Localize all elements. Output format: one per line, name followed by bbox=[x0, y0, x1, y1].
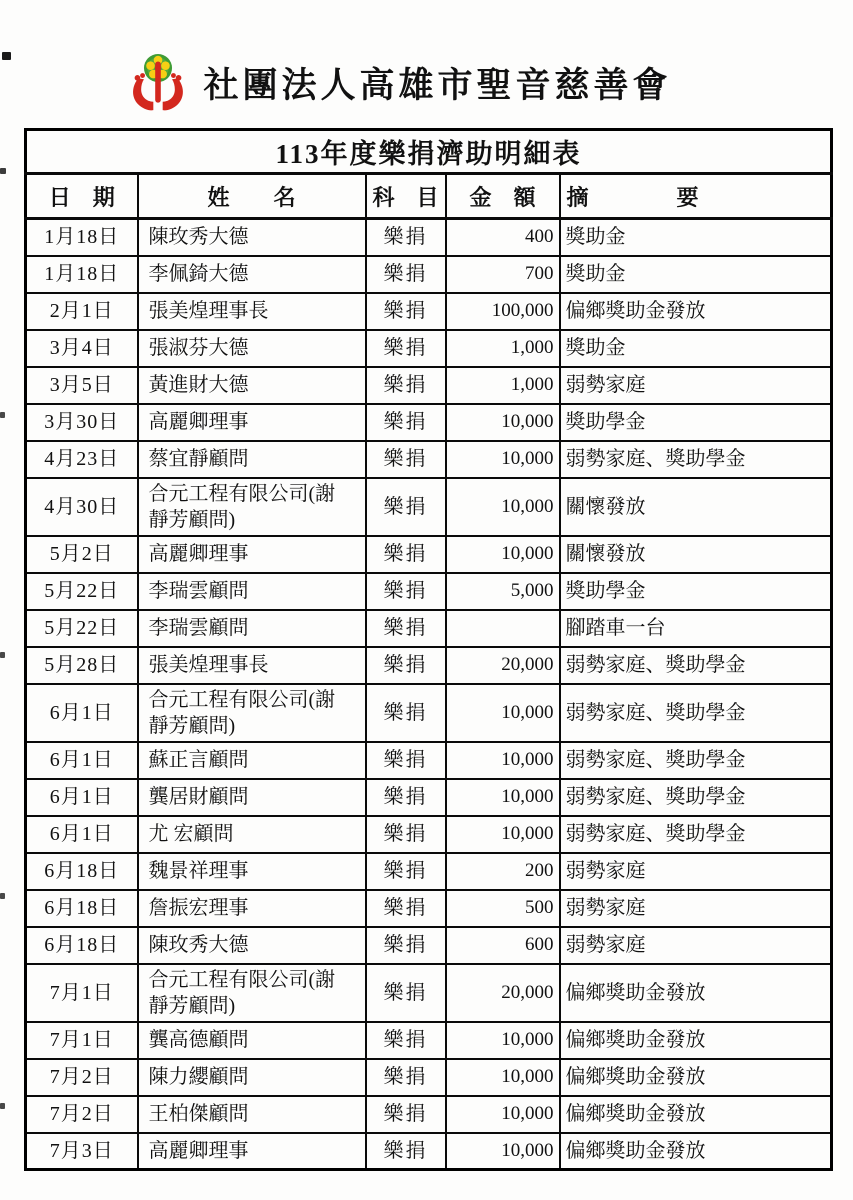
cell-date: 6月1日 bbox=[26, 684, 138, 742]
cell-date: 6月18日 bbox=[26, 853, 138, 890]
cell-name: 合元工程有限公司(謝靜芳顧問) bbox=[138, 684, 366, 742]
cell-subject: 樂捐 bbox=[366, 742, 446, 779]
cell-name: 陳力纓顧問 bbox=[138, 1059, 366, 1096]
cell-name: 龔居財顧問 bbox=[138, 779, 366, 816]
cell-amount: 10,000 bbox=[446, 779, 560, 816]
cell-amount: 10,000 bbox=[446, 684, 560, 742]
table-row: 5月28日張美煌理事長樂捐20,000弱勢家庭、獎助學金 bbox=[26, 647, 832, 684]
table-row: 3月30日高麗卿理事樂捐10,000獎助學金 bbox=[26, 404, 832, 441]
table-row: 1月18日陳玫秀大德樂捐400獎助金 bbox=[26, 219, 832, 256]
cell-amount: 400 bbox=[446, 219, 560, 256]
cell-summary: 弱勢家庭、獎助學金 bbox=[560, 779, 832, 816]
cell-date: 7月3日 bbox=[26, 1133, 138, 1170]
cell-amount: 10,000 bbox=[446, 478, 560, 536]
scan-artifact bbox=[2, 52, 11, 60]
table-row: 4月23日蔡宜靜顧問樂捐10,000弱勢家庭、獎助學金 bbox=[26, 441, 832, 478]
cell-amount: 10,000 bbox=[446, 441, 560, 478]
cell-summary: 弱勢家庭、獎助學金 bbox=[560, 647, 832, 684]
cell-amount: 500 bbox=[446, 890, 560, 927]
cell-summary: 弱勢家庭、獎助學金 bbox=[560, 441, 832, 478]
cell-date: 7月1日 bbox=[26, 1022, 138, 1059]
scan-artifact bbox=[0, 412, 5, 418]
cell-date: 3月30日 bbox=[26, 404, 138, 441]
cell-date: 7月1日 bbox=[26, 964, 138, 1022]
charity-hands-flower-logo-icon bbox=[129, 50, 187, 116]
cell-summary: 弱勢家庭 bbox=[560, 927, 832, 964]
cell-date: 6月1日 bbox=[26, 742, 138, 779]
cell-date: 4月23日 bbox=[26, 441, 138, 478]
cell-name: 李瑞雲顧問 bbox=[138, 573, 366, 610]
organization-name: 社團法人高雄市聖音慈善會 bbox=[203, 58, 671, 108]
cell-amount: 10,000 bbox=[446, 816, 560, 853]
cell-subject: 樂捐 bbox=[366, 779, 446, 816]
cell-subject: 樂捐 bbox=[366, 816, 446, 853]
table-row: 7月2日王柏傑顧問樂捐10,000偏鄉獎助金發放 bbox=[26, 1096, 832, 1133]
table-row: 6月18日詹振宏理事樂捐500弱勢家庭 bbox=[26, 890, 832, 927]
cell-date: 1月18日 bbox=[26, 256, 138, 293]
cell-subject: 樂捐 bbox=[366, 293, 446, 330]
cell-subject: 樂捐 bbox=[366, 890, 446, 927]
cell-name: 張淑芬大德 bbox=[138, 330, 366, 367]
cell-name: 張美煌理事長 bbox=[138, 647, 366, 684]
cell-amount: 10,000 bbox=[446, 742, 560, 779]
cell-subject: 樂捐 bbox=[366, 219, 446, 256]
cell-summary: 弱勢家庭 bbox=[560, 890, 832, 927]
cell-date: 6月1日 bbox=[26, 816, 138, 853]
cell-summary: 偏鄉獎助金發放 bbox=[560, 964, 832, 1022]
table-row: 6月1日合元工程有限公司(謝靜芳顧問)樂捐10,000弱勢家庭、獎助學金 bbox=[26, 684, 832, 742]
table-title-row: 113年度樂捐濟助明細表 bbox=[26, 130, 832, 174]
cell-subject: 樂捐 bbox=[366, 647, 446, 684]
cell-summary: 獎助金 bbox=[560, 256, 832, 293]
table-row: 7月1日合元工程有限公司(謝靜芳顧問)樂捐20,000偏鄉獎助金發放 bbox=[26, 964, 832, 1022]
table-row: 7月3日高麗卿理事樂捐10,000偏鄉獎助金發放 bbox=[26, 1133, 832, 1170]
table-title: 113年度樂捐濟助明細表 bbox=[26, 130, 832, 174]
cell-name: 詹振宏理事 bbox=[138, 890, 366, 927]
cell-summary: 弱勢家庭、獎助學金 bbox=[560, 816, 832, 853]
cell-subject: 樂捐 bbox=[366, 684, 446, 742]
table-row: 1月18日李佩錡大德樂捐700獎助金 bbox=[26, 256, 832, 293]
cell-summary: 關懷發放 bbox=[560, 478, 832, 536]
cell-date: 6月18日 bbox=[26, 890, 138, 927]
cell-date: 1月18日 bbox=[26, 219, 138, 256]
cell-name: 蘇正言顧問 bbox=[138, 742, 366, 779]
cell-summary: 獎助金 bbox=[560, 219, 832, 256]
table-row: 7月2日陳力纓顧問樂捐10,000偏鄉獎助金發放 bbox=[26, 1059, 832, 1096]
cell-amount: 700 bbox=[446, 256, 560, 293]
cell-subject: 樂捐 bbox=[366, 330, 446, 367]
cell-amount: 10,000 bbox=[446, 1022, 560, 1059]
cell-date: 3月4日 bbox=[26, 330, 138, 367]
cell-amount: 1,000 bbox=[446, 367, 560, 404]
cell-amount: 200 bbox=[446, 853, 560, 890]
table-row: 6月1日尤 宏顧問樂捐10,000弱勢家庭、獎助學金 bbox=[26, 816, 832, 853]
cell-name: 高麗卿理事 bbox=[138, 1133, 366, 1170]
cell-subject: 樂捐 bbox=[366, 478, 446, 536]
header-summary: 摘 要 bbox=[560, 174, 832, 219]
table-row: 5月2日高麗卿理事樂捐10,000關懷發放 bbox=[26, 536, 832, 573]
scan-artifact bbox=[0, 893, 5, 899]
cell-summary: 偏鄉獎助金發放 bbox=[560, 1096, 832, 1133]
cell-summary: 獎助學金 bbox=[560, 404, 832, 441]
cell-name: 李佩錡大德 bbox=[138, 256, 366, 293]
cell-summary: 弱勢家庭、獎助學金 bbox=[560, 684, 832, 742]
cell-amount bbox=[446, 610, 560, 647]
cell-name: 合元工程有限公司(謝靜芳顧問) bbox=[138, 964, 366, 1022]
cell-amount: 10,000 bbox=[446, 1096, 560, 1133]
cell-subject: 樂捐 bbox=[366, 1133, 446, 1170]
cell-subject: 樂捐 bbox=[366, 964, 446, 1022]
cell-date: 7月2日 bbox=[26, 1059, 138, 1096]
cell-amount: 600 bbox=[446, 927, 560, 964]
cell-summary: 弱勢家庭、獎助學金 bbox=[560, 742, 832, 779]
cell-summary: 偏鄉獎助金發放 bbox=[560, 293, 832, 330]
cell-subject: 樂捐 bbox=[366, 441, 446, 478]
cell-amount: 10,000 bbox=[446, 404, 560, 441]
cell-amount: 20,000 bbox=[446, 647, 560, 684]
cell-name: 龔高德顧問 bbox=[138, 1022, 366, 1059]
table-row: 7月1日龔高德顧問樂捐10,000偏鄉獎助金發放 bbox=[26, 1022, 832, 1059]
cell-date: 6月18日 bbox=[26, 927, 138, 964]
cell-subject: 樂捐 bbox=[366, 1022, 446, 1059]
cell-subject: 樂捐 bbox=[366, 404, 446, 441]
cell-summary: 弱勢家庭 bbox=[560, 367, 832, 404]
cell-summary: 獎助金 bbox=[560, 330, 832, 367]
cell-date: 5月28日 bbox=[26, 647, 138, 684]
cell-name: 魏景祥理事 bbox=[138, 853, 366, 890]
cell-summary: 關懷發放 bbox=[560, 536, 832, 573]
cell-subject: 樂捐 bbox=[366, 367, 446, 404]
cell-name: 合元工程有限公司(謝靜芳顧問) bbox=[138, 478, 366, 536]
cell-date: 5月22日 bbox=[26, 610, 138, 647]
scan-artifact bbox=[0, 1103, 5, 1109]
table-row: 6月18日陳玫秀大德樂捐600弱勢家庭 bbox=[26, 927, 832, 964]
cell-summary: 獎助學金 bbox=[560, 573, 832, 610]
cell-summary: 弱勢家庭 bbox=[560, 853, 832, 890]
cell-name: 王柏傑顧問 bbox=[138, 1096, 366, 1133]
table-row: 3月5日黃進財大德樂捐1,000弱勢家庭 bbox=[26, 367, 832, 404]
cell-subject: 樂捐 bbox=[366, 1059, 446, 1096]
cell-summary: 偏鄉獎助金發放 bbox=[560, 1133, 832, 1170]
cell-date: 4月30日 bbox=[26, 478, 138, 536]
document-header: 社團法人高雄市聖音慈善會 bbox=[0, 44, 827, 122]
cell-name: 黃進財大德 bbox=[138, 367, 366, 404]
cell-date: 3月5日 bbox=[26, 367, 138, 404]
cell-summary: 腳踏車一台 bbox=[560, 610, 832, 647]
donation-detail-table: 113年度樂捐濟助明細表 日 期 姓 名 科 目 金 額 摘 要 1月18日陳玫… bbox=[24, 128, 833, 1171]
cell-date: 6月1日 bbox=[26, 779, 138, 816]
cell-name: 尤 宏顧問 bbox=[138, 816, 366, 853]
header-amount: 金 額 bbox=[446, 174, 560, 219]
cell-subject: 樂捐 bbox=[366, 536, 446, 573]
cell-amount: 10,000 bbox=[446, 536, 560, 573]
cell-date: 5月22日 bbox=[26, 573, 138, 610]
cell-name: 張美煌理事長 bbox=[138, 293, 366, 330]
cell-date: 7月2日 bbox=[26, 1096, 138, 1133]
cell-subject: 樂捐 bbox=[366, 256, 446, 293]
cell-subject: 樂捐 bbox=[366, 1096, 446, 1133]
cell-amount: 20,000 bbox=[446, 964, 560, 1022]
cell-date: 2月1日 bbox=[26, 293, 138, 330]
cell-subject: 樂捐 bbox=[366, 927, 446, 964]
table-row: 6月1日龔居財顧問樂捐10,000弱勢家庭、獎助學金 bbox=[26, 779, 832, 816]
cell-name: 陳玫秀大德 bbox=[138, 927, 366, 964]
table-header-row: 日 期 姓 名 科 目 金 額 摘 要 bbox=[26, 174, 832, 219]
header-subject: 科 目 bbox=[366, 174, 446, 219]
cell-name: 蔡宜靜顧問 bbox=[138, 441, 366, 478]
cell-subject: 樂捐 bbox=[366, 573, 446, 610]
cell-name: 李瑞雲顧問 bbox=[138, 610, 366, 647]
donation-table-body: 1月18日陳玫秀大德樂捐400獎助金1月18日李佩錡大德樂捐700獎助金2月1日… bbox=[26, 219, 832, 1170]
cell-subject: 樂捐 bbox=[366, 610, 446, 647]
cell-date: 5月2日 bbox=[26, 536, 138, 573]
cell-amount: 1,000 bbox=[446, 330, 560, 367]
cell-summary: 偏鄉獎助金發放 bbox=[560, 1022, 832, 1059]
table-row: 4月30日合元工程有限公司(謝靜芳顧問)樂捐10,000關懷發放 bbox=[26, 478, 832, 536]
table-row: 3月4日張淑芬大德樂捐1,000獎助金 bbox=[26, 330, 832, 367]
cell-amount: 10,000 bbox=[446, 1133, 560, 1170]
table-row: 6月18日魏景祥理事樂捐200弱勢家庭 bbox=[26, 853, 832, 890]
table-row: 5月22日李瑞雲顧問樂捐5,000獎助學金 bbox=[26, 573, 832, 610]
cell-name: 高麗卿理事 bbox=[138, 404, 366, 441]
header-date: 日 期 bbox=[26, 174, 138, 219]
cell-subject: 樂捐 bbox=[366, 853, 446, 890]
scanned-document-page: 社團法人高雄市聖音慈善會 113年度樂捐濟助明細表 日 期 姓 名 科 目 金 … bbox=[0, 0, 853, 1200]
scan-artifact bbox=[0, 168, 6, 174]
table-row: 6月1日蘇正言顧問樂捐10,000弱勢家庭、獎助學金 bbox=[26, 742, 832, 779]
table-row: 2月1日張美煌理事長樂捐100,000偏鄉獎助金發放 bbox=[26, 293, 832, 330]
cell-amount: 100,000 bbox=[446, 293, 560, 330]
table-row: 5月22日李瑞雲顧問樂捐腳踏車一台 bbox=[26, 610, 832, 647]
cell-name: 陳玫秀大德 bbox=[138, 219, 366, 256]
cell-amount: 10,000 bbox=[446, 1059, 560, 1096]
header-name: 姓 名 bbox=[138, 174, 366, 219]
cell-summary: 偏鄉獎助金發放 bbox=[560, 1059, 832, 1096]
cell-name: 高麗卿理事 bbox=[138, 536, 366, 573]
scan-artifact bbox=[0, 652, 5, 658]
cell-amount: 5,000 bbox=[446, 573, 560, 610]
